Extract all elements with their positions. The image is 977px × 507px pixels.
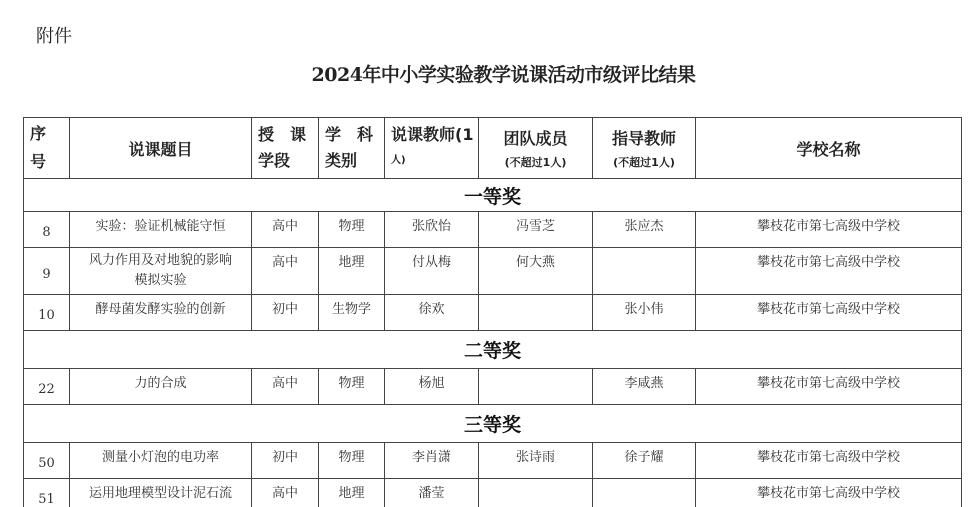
award-row-second: 二等奖	[24, 331, 962, 369]
row-teacher: 李肖潇	[385, 443, 479, 479]
row-advisor: 徐子耀	[593, 443, 696, 479]
results-table: 序号 说课题目 授 课学段 学 科类别 说课教师(1人) 团队成员(不超过1人)…	[23, 117, 962, 507]
row-school: 攀枝花市第七高级中学校	[696, 248, 962, 295]
document-title: 2024年中小学实验教学说课活动市级评比结果	[0, 60, 977, 87]
row-team: 张诗雨	[479, 443, 593, 479]
row-stage: 初中	[252, 295, 319, 331]
row-subject: 物理	[319, 212, 385, 248]
table-row: 50 测量小灯泡的电功率 初中 物理 李肖潇 张诗雨 徐子耀 攀枝花市第七高级中…	[24, 443, 962, 479]
row-school: 攀枝花市第七高级中学校	[696, 369, 962, 405]
award-row-first: 一等奖	[24, 179, 962, 212]
row-index: 9	[24, 248, 70, 295]
row-topic: 测量小灯泡的电功率	[70, 443, 252, 479]
row-team	[479, 479, 593, 507]
row-teacher: 杨旭	[385, 369, 479, 405]
row-index: 10	[24, 295, 70, 331]
row-stage: 高中	[252, 248, 319, 295]
attachment-label: 附件	[36, 22, 72, 48]
table-row: 10 酵母菌发酵实验的创新 初中 生物学 徐欢 张小伟 攀枝花市第七高级中学校	[24, 295, 962, 331]
table-row: 22 力的合成 高中 物理 杨旭 李咸燕 攀枝花市第七高级中学校	[24, 369, 962, 405]
row-stage: 高中	[252, 369, 319, 405]
award-label: 二等奖	[24, 331, 962, 369]
row-topic: 风力作用及对地貌的影响模拟实验	[70, 248, 252, 295]
row-advisor	[593, 479, 696, 507]
row-stage: 初中	[252, 443, 319, 479]
row-stage: 高中	[252, 212, 319, 248]
row-subject: 地理	[319, 479, 385, 507]
row-subject: 物理	[319, 443, 385, 479]
row-index: 51	[24, 479, 70, 507]
row-teacher: 潘莹	[385, 479, 479, 507]
header-topic: 说课题目	[70, 118, 252, 179]
row-team: 冯雪芝	[479, 212, 593, 248]
header-team: 团队成员(不超过1人)	[479, 118, 593, 179]
row-index: 22	[24, 369, 70, 405]
header-row: 序号 说课题目 授 课学段 学 科类别 说课教师(1人) 团队成员(不超过1人)…	[24, 118, 962, 179]
row-subject: 地理	[319, 248, 385, 295]
header-school: 学校名称	[696, 118, 962, 179]
row-team: 何大燕	[479, 248, 593, 295]
row-team	[479, 295, 593, 331]
award-label: 三等奖	[24, 405, 962, 443]
row-stage: 高中	[252, 479, 319, 507]
row-teacher: 付从梅	[385, 248, 479, 295]
row-index: 50	[24, 443, 70, 479]
table-row: 9 风力作用及对地貌的影响模拟实验 高中 地理 付从梅 何大燕 攀枝花市第七高级…	[24, 248, 962, 295]
row-topic: 实验：验证机械能守恒	[70, 212, 252, 248]
row-school: 攀枝花市第七高级中学校	[696, 295, 962, 331]
award-row-third: 三等奖	[24, 405, 962, 443]
header-stage: 授 课学段	[252, 118, 319, 179]
row-index: 8	[24, 212, 70, 248]
row-topic: 力的合成	[70, 369, 252, 405]
row-teacher: 张欣怡	[385, 212, 479, 248]
table-row: 8 实验：验证机械能守恒 高中 物理 张欣怡 冯雪芝 张应杰 攀枝花市第七高级中…	[24, 212, 962, 248]
row-teacher: 徐欢	[385, 295, 479, 331]
row-team	[479, 369, 593, 405]
row-advisor	[593, 248, 696, 295]
row-subject: 生物学	[319, 295, 385, 331]
row-advisor: 张应杰	[593, 212, 696, 248]
table-row: 51 运用地理模型设计泥石流 高中 地理 潘莹 攀枝花市第七高级中学校	[24, 479, 962, 507]
row-subject: 物理	[319, 369, 385, 405]
row-topic: 酵母菌发酵实验的创新	[70, 295, 252, 331]
header-subject: 学 科类别	[319, 118, 385, 179]
header-index: 序号	[24, 118, 70, 179]
row-school: 攀枝花市第七高级中学校	[696, 212, 962, 248]
header-advisor: 指导教师(不超过1人)	[593, 118, 696, 179]
row-school: 攀枝花市第七高级中学校	[696, 443, 962, 479]
header-teacher: 说课教师(1人)	[385, 118, 479, 179]
row-advisor: 张小伟	[593, 295, 696, 331]
row-school: 攀枝花市第七高级中学校	[696, 479, 962, 507]
award-label: 一等奖	[24, 179, 962, 212]
row-topic: 运用地理模型设计泥石流	[70, 479, 252, 507]
row-advisor: 李咸燕	[593, 369, 696, 405]
